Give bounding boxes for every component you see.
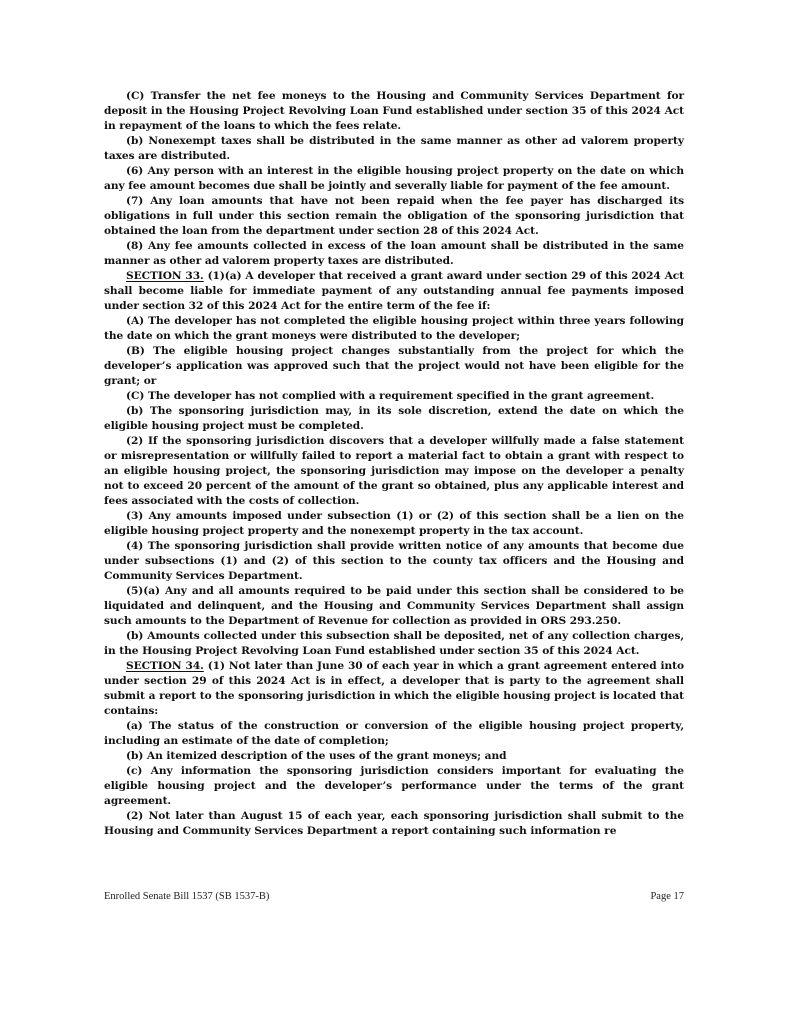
section-33-paragraph-1a: SECTION 33. (1)(a) A developer that rece… xyxy=(104,269,684,314)
paragraph-33-3: (3) Any amounts imposed under subsection… xyxy=(104,509,684,539)
paragraph-text: (7) Any loan amounts that have not been … xyxy=(104,195,684,237)
paragraph-text: (C) Transfer the net fee moneys to the H… xyxy=(104,90,684,132)
paragraph-text: (2) Not later than August 15 of each yea… xyxy=(104,810,684,837)
paragraph-text: (b) Amounts collected under this subsect… xyxy=(104,630,684,657)
page-footer: Enrolled Senate Bill 1537 (SB 1537-B) Pa… xyxy=(104,891,684,902)
paragraph-text: (A) The developer has not completed the … xyxy=(104,315,684,342)
paragraph-text: (b) An itemized description of the uses … xyxy=(126,750,507,762)
paragraph-6-joint-liability: (6) Any person with an interest in the e… xyxy=(104,164,684,194)
paragraph-text: (C) The developer has not complied with … xyxy=(126,390,654,402)
section-34-paragraph-1: SECTION 34. (1) Not later than June 30 o… xyxy=(104,659,684,719)
paragraph-33-2: (2) If the sponsoring jurisdiction disco… xyxy=(104,434,684,509)
document-page: (C) Transfer the net fee moneys to the H… xyxy=(0,0,800,1035)
paragraph-text: (4) The sponsoring jurisdiction shall pr… xyxy=(104,540,684,582)
paragraph-33-5a: (5)(a) Any and all amounts required to b… xyxy=(104,584,684,629)
paragraph-text: (6) Any person with an interest in the e… xyxy=(104,165,684,192)
paragraph-text: (5)(a) Any and all amounts required to b… xyxy=(104,585,684,627)
paragraph-33-4: (4) The sponsoring jurisdiction shall pr… xyxy=(104,539,684,584)
bill-body-text: (C) Transfer the net fee moneys to the H… xyxy=(104,89,684,839)
paragraph-text: (3) Any amounts imposed under subsection… xyxy=(104,510,684,537)
paragraph-text: (b) Nonexempt taxes shall be distributed… xyxy=(104,135,684,162)
paragraph-34-1b: (b) An itemized description of the uses … xyxy=(104,749,684,764)
paragraph-text: (B) The eligible housing project changes… xyxy=(104,345,684,387)
paragraph-33-1A: (A) The developer has not completed the … xyxy=(104,314,684,344)
paragraph-8-excess-fees: (8) Any fee amounts collected in excess … xyxy=(104,239,684,269)
paragraph-33-1B: (B) The eligible housing project changes… xyxy=(104,344,684,389)
section-34-heading: SECTION 34. xyxy=(126,660,204,672)
section-33-heading: SECTION 33. xyxy=(126,270,204,282)
paragraph-text: (8) Any fee amounts collected in excess … xyxy=(104,240,684,267)
paragraph-33-1b: (b) The sponsoring jurisdiction may, in … xyxy=(104,404,684,434)
paragraph-34-1c: (c) Any information the sponsoring juris… xyxy=(104,764,684,809)
paragraph-text: (2) If the sponsoring jurisdiction disco… xyxy=(104,435,684,507)
page-number: Page 17 xyxy=(650,891,684,902)
paragraph-34-2: (2) Not later than August 15 of each yea… xyxy=(104,809,684,839)
paragraph-33-5b: (b) Amounts collected under this subsect… xyxy=(104,629,684,659)
paragraph-5b-nonexempt-taxes: (b) Nonexempt taxes shall be distributed… xyxy=(104,134,684,164)
paragraph-7-unpaid-loans: (7) Any loan amounts that have not been … xyxy=(104,194,684,239)
paragraph-33-1C: (C) The developer has not complied with … xyxy=(104,389,684,404)
paragraph-text: (b) The sponsoring jurisdiction may, in … xyxy=(104,405,684,432)
paragraph-34-1a: (a) The status of the construction or co… xyxy=(104,719,684,749)
paragraph-5C-transfer: (C) Transfer the net fee moneys to the H… xyxy=(104,89,684,134)
paragraph-text: (c) Any information the sponsoring juris… xyxy=(104,765,684,807)
paragraph-text: (a) The status of the construction or co… xyxy=(104,720,684,747)
bill-title: Enrolled Senate Bill 1537 (SB 1537-B) xyxy=(104,891,269,902)
